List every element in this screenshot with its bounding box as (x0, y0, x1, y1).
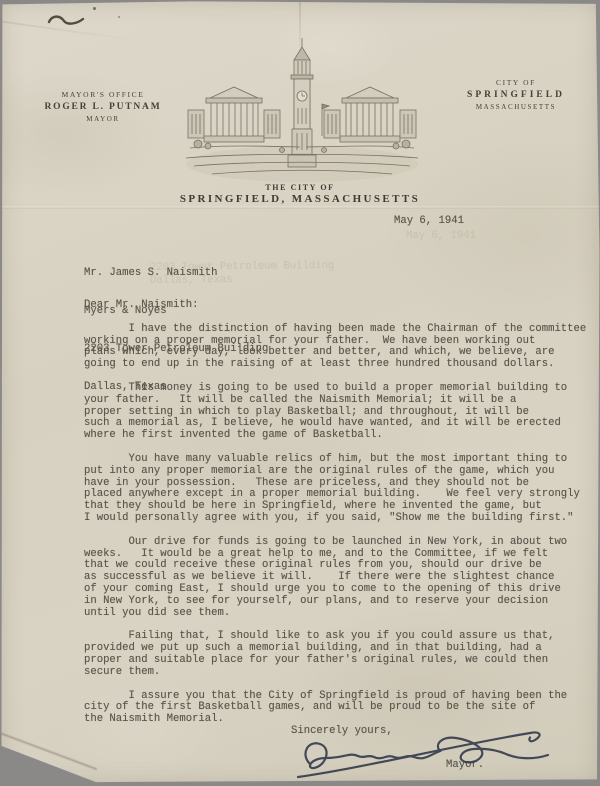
salutation: Dear Mr. Naismith: (84, 300, 600, 312)
letterhead-mayor-title: MAYOR (36, 115, 170, 123)
letterhead-city-name: SPRINGFIELD (448, 90, 584, 100)
caption-line-2: SPRINGFIELD, MASSACHUSETTS (150, 193, 450, 205)
letter-paper: MAYOR'S OFFICE ROGER L. PUTNAM MAYOR CIT… (0, 0, 600, 786)
vertical-crease (299, 0, 301, 54)
paragraph-5: Failing that, I should like to ask you i… (84, 631, 600, 678)
paper-speck (93, 7, 96, 10)
paragraph-4: Our drive for funds is going to be launc… (84, 537, 600, 620)
letter-body: Dear Mr. Naismith: I have the distinctio… (84, 300, 600, 738)
paragraph-6: I assure you that the City of Springfiel… (84, 691, 600, 726)
horizontal-fold-crease (0, 206, 600, 209)
municipal-group-engraving-icon (182, 36, 422, 186)
staple-mark (46, 12, 86, 28)
paragraph-2: This money is going to be used to build … (84, 383, 600, 442)
letterhead-state: MASSACHUSETTS (448, 103, 584, 111)
letterhead-caption: THE CITY OF SPRINGFIELD, MASSACHUSETTS (150, 183, 450, 205)
mayor-signature (292, 728, 564, 780)
scan-background: MAYOR'S OFFICE ROGER L. PUTNAM MAYOR CIT… (0, 0, 600, 786)
ghost-offset-date: May 6, 1941 (406, 231, 476, 243)
bottom-left-fold-seam (0, 732, 97, 770)
caption-line-1: THE CITY OF (150, 183, 450, 192)
letterhead-mayor-name: ROGER L. PUTNAM (36, 102, 170, 112)
letterhead-city-of: CITY OF (448, 78, 584, 87)
paragraph-1: I have the distinction of having been ma… (84, 324, 600, 371)
letter-date: May 6, 1941 (394, 216, 464, 228)
letterhead-left: MAYOR'S OFFICE ROGER L. PUTNAM MAYOR (36, 90, 170, 123)
letterhead-right: CITY OF SPRINGFIELD MASSACHUSETTS (448, 78, 584, 111)
paragraph-3: You have many valuable relics of him, bu… (84, 454, 600, 525)
recipient-name: Mr. James S. Naismith (84, 267, 268, 280)
letterhead-office: MAYOR'S OFFICE (36, 90, 170, 99)
paper-speck (118, 16, 120, 18)
